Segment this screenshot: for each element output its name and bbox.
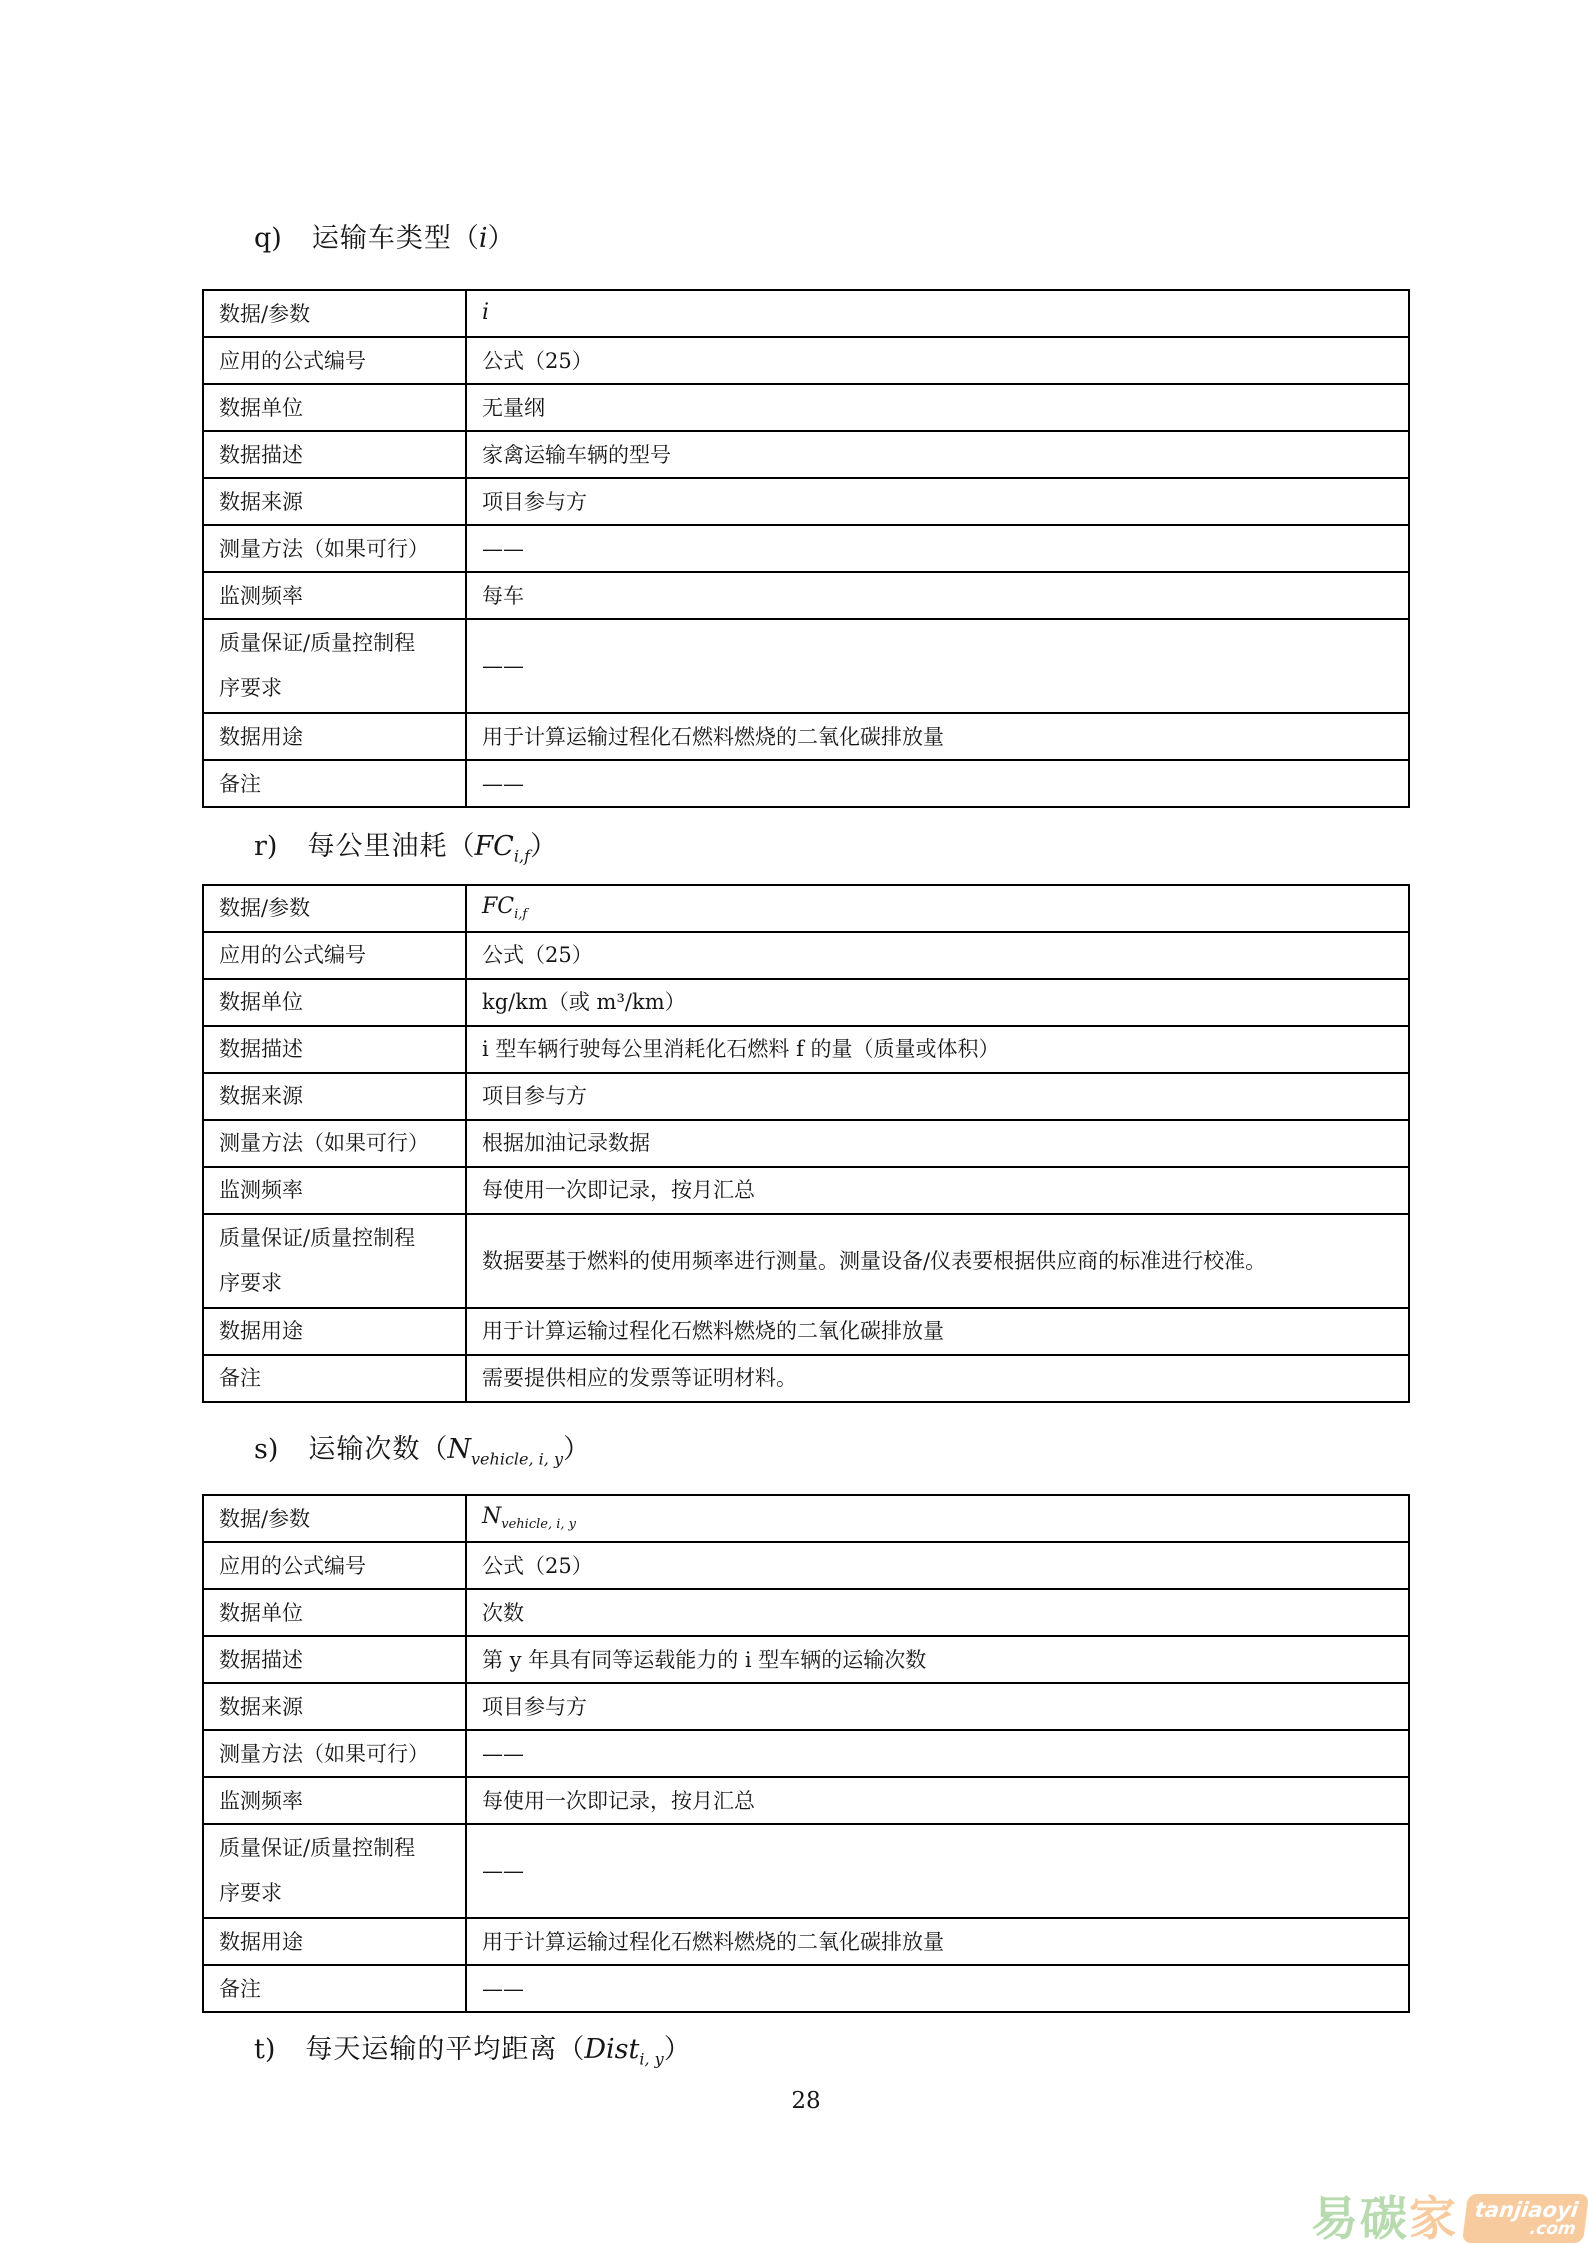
row-value-cell: —— (466, 1965, 1409, 2012)
section-title: 运输次数 (308, 1434, 420, 1465)
formula-subscript: i,f (514, 907, 527, 922)
row-label-cell: 数据来源 (203, 1073, 466, 1120)
row-value-cell: 项目参与方 (466, 1683, 1409, 1730)
row-label-cell: 数据来源 (203, 478, 466, 525)
row-label-cell: 数据用途 (203, 1918, 466, 1965)
label-line-2: 序要求 (219, 1871, 455, 1916)
table-row: 数据描述 家禽运输车辆的型号 (203, 431, 1409, 478)
row-label-cell: 数据描述 (203, 1636, 466, 1683)
table-row: 监测频率 每车 (203, 572, 1409, 619)
row-value-cell: 无量纲 (466, 384, 1409, 431)
table-row: 数据单位 kg/km（或 m³/km） (203, 979, 1409, 1026)
row-label-cell: 监测频率 (203, 572, 466, 619)
watermark-logo: 易碳家 tanjiaoyi .com (1311, 2194, 1586, 2243)
row-label-cell: 数据描述 (203, 1026, 466, 1073)
row-label-cell: 监测频率 (203, 1777, 466, 1824)
section-title: 每公里油耗 (307, 831, 447, 862)
section-heading-s: s)运输次数（Nvehicle, i, y） (202, 1431, 1410, 1478)
paren-close: ） (563, 1434, 590, 1465)
table-row: 数据来源 项目参与方 (203, 478, 1409, 525)
table-row: 数据单位 无量纲 (203, 384, 1409, 431)
table-row: 监测频率 每使用一次即记录，按月汇总 (203, 1777, 1409, 1824)
row-value-cell: —— (466, 1730, 1409, 1777)
row-value-cell: 每使用一次即记录，按月汇总 (466, 1167, 1409, 1214)
label-line-1: 质量保证/质量控制程 (219, 621, 455, 666)
table-row: 数据用途 用于计算运输过程化石燃料燃烧的二氧化碳排放量 (203, 1308, 1409, 1355)
table-row: 数据/参数 FCi,f (203, 885, 1409, 932)
section-title: 每天运输的平均距离 (305, 2034, 557, 2065)
paren-close: ） (664, 2034, 691, 2065)
row-value-cell: 项目参与方 (466, 1073, 1409, 1120)
row-value-cell: 每车 (466, 572, 1409, 619)
row-label-cell: 数据单位 (203, 979, 466, 1026)
section-heading-t: t)每天运输的平均距离（Disti, y） (202, 2031, 1410, 2078)
parameter-table-r: 数据/参数 FCi,f 应用的公式编号 公式（25） 数据单位 kg/km（或 … (202, 884, 1410, 1403)
watermark-brand-green: 易碳 (1311, 2198, 1409, 2243)
row-value-cell: 公式（25） (466, 337, 1409, 384)
row-label-cell: 应用的公式编号 (203, 337, 466, 384)
paren-close: ） (530, 831, 557, 862)
formula-subscript: vehicle, i, y (471, 1449, 563, 1468)
formula-main: N (447, 1434, 471, 1465)
row-label-cell: 数据描述 (203, 431, 466, 478)
row-value-cell: 第 y 年具有同等运载能力的 i 型车辆的运输次数 (466, 1636, 1409, 1683)
row-label-cell: 数据来源 (203, 1683, 466, 1730)
row-label-cell: 应用的公式编号 (203, 1542, 466, 1589)
table-row: 数据/参数 Nvehicle, i, y (203, 1495, 1409, 1542)
table-row: 数据/参数 i (203, 290, 1409, 337)
table-row: 备注 需要提供相应的发票等证明材料。 (203, 1355, 1409, 1402)
row-label-cell: 监测频率 (203, 1167, 466, 1214)
watermark-badge-tld: .com (1529, 2221, 1577, 2239)
label-line-1: 质量保证/质量控制程 (219, 1216, 455, 1261)
row-value-cell: 用于计算运输过程化石燃料燃烧的二氧化碳排放量 (466, 713, 1409, 760)
row-value-cell: 次数 (466, 1589, 1409, 1636)
table-row: 测量方法（如果可行） 根据加油记录数据 (203, 1120, 1409, 1167)
row-label-cell: 质量保证/质量控制程序要求 (203, 1214, 466, 1308)
row-label-cell: 备注 (203, 760, 466, 807)
row-label-cell: 测量方法（如果可行） (203, 1730, 466, 1777)
watermark-badge-domain: tanjiaoyi (1474, 2199, 1580, 2221)
formula-subscript: i,f (514, 847, 530, 866)
row-label-cell: 备注 (203, 1965, 466, 2012)
watermark-badge: tanjiaoyi .com (1462, 2194, 1588, 2243)
table-row: 质量保证/质量控制程序要求 —— (203, 1824, 1409, 1918)
paren-open: （ (447, 831, 474, 862)
row-value-cell: 公式（25） (466, 932, 1409, 979)
section-letter: q) (254, 220, 282, 258)
row-value-cell: —— (466, 760, 1409, 807)
table-row: 测量方法（如果可行） —— (203, 525, 1409, 572)
row-label-cell: 数据单位 (203, 384, 466, 431)
row-value-cell: Nvehicle, i, y (466, 1495, 1409, 1542)
formula-subscript: vehicle, i, y (501, 1518, 576, 1533)
row-value-cell: 用于计算运输过程化石燃料燃烧的二氧化碳排放量 (466, 1918, 1409, 1965)
row-value-cell: 家禽运输车辆的型号 (466, 431, 1409, 478)
paren-close: ） (487, 223, 514, 254)
section-title: 运输车类型 (312, 223, 452, 254)
table-row: 质量保证/质量控制程序要求 数据要基于燃料的使用频率进行测量。测量设备/仪表要根… (203, 1214, 1409, 1308)
row-label-cell: 备注 (203, 1355, 466, 1402)
section-letter: r) (254, 828, 277, 866)
section-heading-q: q)运输车类型（i） (202, 220, 1410, 267)
row-value-cell: —— (466, 525, 1409, 572)
table-row: 数据用途 用于计算运输过程化石燃料燃烧的二氧化碳排放量 (203, 1918, 1409, 1965)
section-heading-r: r)每公里油耗（FCi,f） (202, 828, 1410, 875)
row-label-cell: 数据/参数 (203, 1495, 466, 1542)
row-label-cell: 数据/参数 (203, 290, 466, 337)
row-value-cell: 用于计算运输过程化石燃料燃烧的二氧化碳排放量 (466, 1308, 1409, 1355)
table-row: 应用的公式编号 公式（25） (203, 337, 1409, 384)
formula-main: FC (474, 831, 513, 862)
section-letter: t) (254, 2031, 275, 2069)
table-row: 应用的公式编号 公式（25） (203, 1542, 1409, 1589)
table-row: 数据描述 第 y 年具有同等运载能力的 i 型车辆的运输次数 (203, 1636, 1409, 1683)
row-value-cell: i (466, 290, 1409, 337)
table-row: 备注 —— (203, 1965, 1409, 2012)
row-value-cell: 项目参与方 (466, 478, 1409, 525)
row-value-cell: —— (466, 1824, 1409, 1918)
row-value-cell: 公式（25） (466, 1542, 1409, 1589)
parameter-table-s: 数据/参数 Nvehicle, i, y 应用的公式编号 公式（25） 数据单位… (202, 1494, 1410, 2013)
row-label-cell: 质量保证/质量控制程序要求 (203, 1824, 466, 1918)
label-line-1: 质量保证/质量控制程 (219, 1826, 455, 1871)
table-row: 数据来源 项目参与方 (203, 1683, 1409, 1730)
row-label-cell: 数据/参数 (203, 885, 466, 932)
row-value-cell: —— (466, 619, 1409, 713)
formula-main: i (482, 300, 489, 325)
paren-open: （ (420, 1434, 447, 1465)
table-row: 测量方法（如果可行） —— (203, 1730, 1409, 1777)
parameter-table-q: 数据/参数 i 应用的公式编号 公式（25） 数据单位 无量纲 数据描述 家禽运… (202, 289, 1410, 808)
document-page: q)运输车类型（i） 数据/参数 i 应用的公式编号 公式（25） 数据单位 无… (0, 0, 1588, 2245)
formula-subscript: i, y (639, 2050, 663, 2069)
label-line-2: 序要求 (219, 1261, 455, 1306)
row-label-cell: 测量方法（如果可行） (203, 1120, 466, 1167)
row-label-cell: 数据单位 (203, 1589, 466, 1636)
table-row: 数据用途 用于计算运输过程化石燃料燃烧的二氧化碳排放量 (203, 713, 1409, 760)
table-row: 数据单位 次数 (203, 1589, 1409, 1636)
row-label-cell: 测量方法（如果可行） (203, 525, 466, 572)
formula-main: FC (482, 894, 514, 919)
table-row: 数据描述 i 型车辆行驶每公里消耗化石燃料 f 的量（质量或体积） (203, 1026, 1409, 1073)
formula-main: Dist (584, 2034, 639, 2065)
table-row: 备注 —— (203, 760, 1409, 807)
row-value-cell: 数据要基于燃料的使用频率进行测量。测量设备/仪表要根据供应商的标准进行校准。 (466, 1214, 1409, 1308)
label-line-2: 序要求 (219, 666, 455, 711)
section-letter: s) (254, 1431, 278, 1469)
formula-main: N (482, 1504, 501, 1529)
row-value-cell: FCi,f (466, 885, 1409, 932)
row-label-cell: 数据用途 (203, 1308, 466, 1355)
row-label-cell: 数据用途 (203, 713, 466, 760)
row-value-cell: 根据加油记录数据 (466, 1120, 1409, 1167)
table-row: 监测频率 每使用一次即记录，按月汇总 (203, 1167, 1409, 1214)
row-value-cell: i 型车辆行驶每公里消耗化石燃料 f 的量（质量或体积） (466, 1026, 1409, 1073)
paren-open: （ (452, 223, 479, 254)
paren-open: （ (557, 2034, 584, 2065)
row-value-cell: 每使用一次即记录，按月汇总 (466, 1777, 1409, 1824)
table-row: 数据来源 项目参与方 (203, 1073, 1409, 1120)
watermark-brand-orange: 家 (1409, 2198, 1458, 2243)
row-value-cell: kg/km（或 m³/km） (466, 979, 1409, 1026)
row-label-cell: 质量保证/质量控制程序要求 (203, 619, 466, 713)
page-number: 28 (202, 2088, 1410, 2114)
page-content: q)运输车类型（i） 数据/参数 i 应用的公式编号 公式（25） 数据单位 无… (202, 0, 1410, 2079)
row-value-cell: 需要提供相应的发票等证明材料。 (466, 1355, 1409, 1402)
table-row: 质量保证/质量控制程序要求 —— (203, 619, 1409, 713)
table-row: 应用的公式编号 公式（25） (203, 932, 1409, 979)
row-label-cell: 应用的公式编号 (203, 932, 466, 979)
